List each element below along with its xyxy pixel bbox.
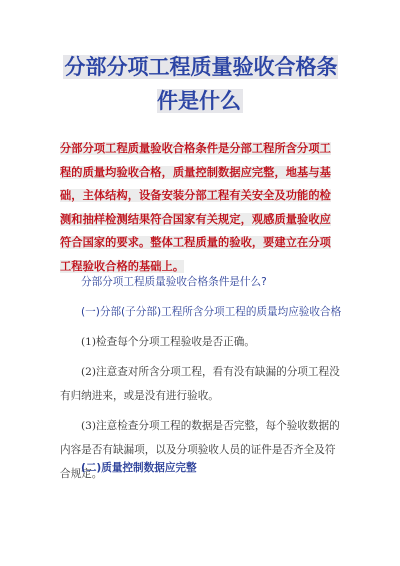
question-heading: 分部分项工程质量验收合格条件是什么?	[60, 270, 342, 294]
section-heading-1: (一)分部(子分部)工程所含分项工程的质量均应验收合格	[60, 300, 342, 324]
document-page: 分部分项工程质量验收合格条件是什么 分部分项工程质量验收合格条件是分部工程所含分…	[0, 0, 400, 566]
document-title-text: 分部分项工程质量验收合格条件是什么	[63, 55, 338, 113]
section-heading-2: (二)质量控制数据应完整	[60, 456, 342, 480]
section-1-item-1: (1)检查每个分项工程验收是否正确。	[60, 330, 342, 354]
document-title: 分部分项工程质量验收合格条件是什么	[60, 50, 340, 118]
section-1-item-2: (2)注意查对所含分项工程，看有没有缺漏的分项工程没有归纳进来，或是没有进行验收…	[60, 360, 342, 408]
summary-paragraph: 分部分项工程质量验收合格条件是分部工程所含分项工程的质量均验收合格，质量控制数据…	[60, 137, 342, 278]
summary-text: 分部分项工程质量验收合格条件是分部工程所含分项工程的质量均验收合格，质量控制数据…	[60, 142, 331, 273]
